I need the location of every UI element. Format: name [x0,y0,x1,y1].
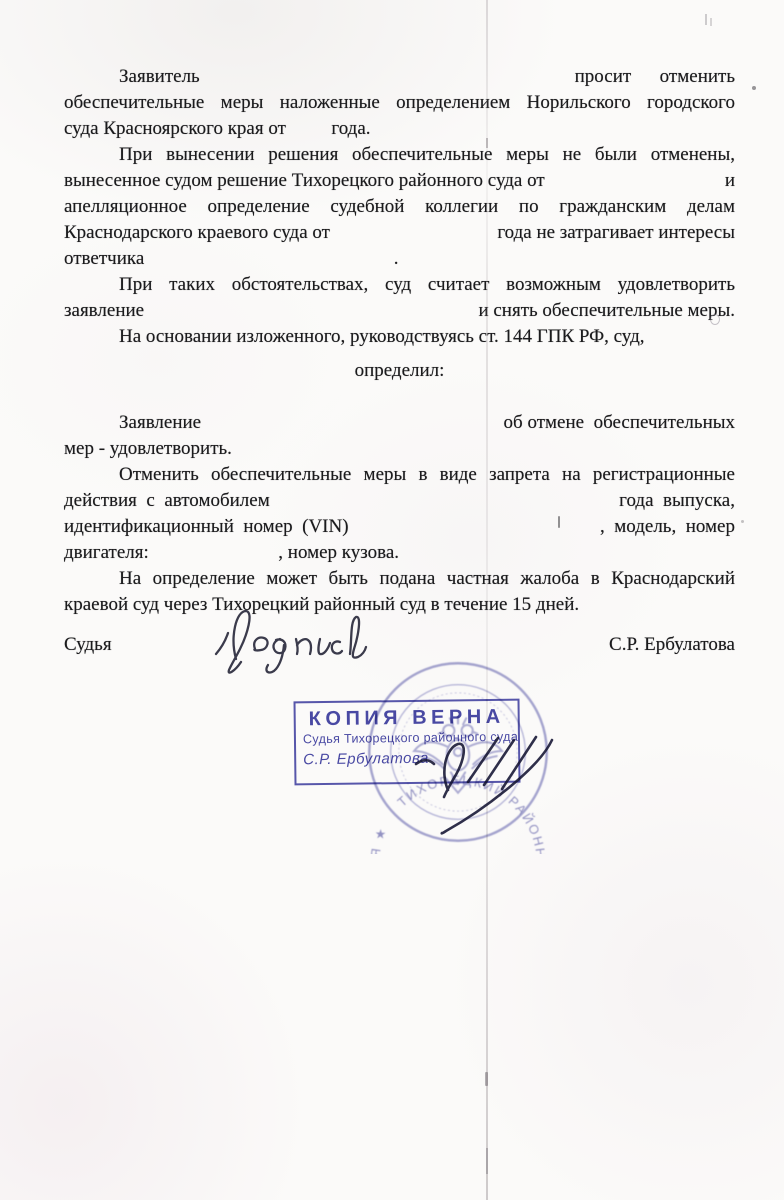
text-segment: года выпуска, [619,488,735,514]
text-line: При таких обстоятельствах, суд считает в… [64,272,735,298]
judge-name: С.Р. Ербулатова [609,632,735,658]
text-segment: вынесенное судом решение Тихорецкого рай… [64,168,545,194]
text-line: На основании изложенного, руководствуясь… [64,324,735,350]
text-segment: Заявление [119,410,201,436]
text-segment: года не затрагивает интересы [497,220,735,246]
scan-crease [486,0,488,1200]
text-line: обеспечительные меры наложенные определе… [64,90,735,116]
text-line: апелляционное определение судебной колле… [64,194,735,220]
text-segment: и [725,168,735,194]
text-line: ответчика . [64,246,735,272]
text-line: определил: [64,358,735,384]
text-line: суда Красноярского края от года. [64,116,735,142]
text-line: При вынесении решения обеспечительные ме… [64,142,735,168]
text-segment: и снять обеспечительные меры. [478,298,735,324]
text-line: Отменить обеспечительные меры в виде зап… [64,462,735,488]
text-segment: двигателя: [64,542,149,563]
text-segment: идентификационный номер (VIN) [64,514,349,540]
scan-artifact [710,18,712,26]
scan-artifact [486,1148,488,1174]
text-segment: ответчика [64,248,144,269]
text-segment: Краснодарского краевого суда от [64,220,330,246]
page-root: Заявительпросит отменитьобеспечительные … [0,0,784,1200]
text-line: идентификационный номер (VIN), модель, н… [64,514,735,540]
redacted-gap [154,557,274,558]
text-line: Заявительпросит отменить [64,64,735,90]
scan-artifact [710,314,720,325]
scan-artifact [486,138,488,148]
text-line: Краснодарского краевого суда отгода не з… [64,220,735,246]
text-line: двигателя: , номер кузова. [64,540,735,566]
text-segment: заявление [64,298,144,324]
handwritten-signature [205,602,375,682]
text-segment: года. [331,118,370,139]
text-segment: суда Красноярского края от [64,118,286,139]
text-segment: , номер кузова. [278,542,399,563]
text-segment: . [394,248,399,269]
text-segment: действия с автомобилем [64,488,270,514]
text-segment: , модель, номер [600,514,735,540]
spacer [64,350,735,358]
scan-artifact [741,520,744,523]
text-line: заявлениеи снять обеспечительные меры. [64,298,735,324]
text-segment: Заявитель [119,64,200,90]
scan-artifact [705,14,707,25]
spacer [64,384,735,410]
scan-artifact [485,1072,488,1086]
judge-label: Судья [64,632,112,658]
scan-artifact [558,516,560,528]
redacted-gap [149,263,389,264]
text-segment: просит отменить [575,64,735,90]
text-segment: об отмене обеспечительных [504,410,735,436]
document-body: Заявительпросит отменитьобеспечительные … [64,64,735,618]
redacted-gap [291,133,327,134]
text-line: На определение может быть подана частная… [64,566,735,592]
text-line: мер - удовлетворить. [64,436,735,462]
judge-signature [380,712,580,847]
text-line: действия с автомобилемгода выпуска, [64,488,735,514]
text-line: вынесенное судом решение Тихорецкого рай… [64,168,735,194]
scan-artifact [752,86,756,90]
text-line: краевой суд через Тихорецкий районный су… [64,592,735,618]
text-line: Заявлениеоб отмене обеспечительных [64,410,735,436]
